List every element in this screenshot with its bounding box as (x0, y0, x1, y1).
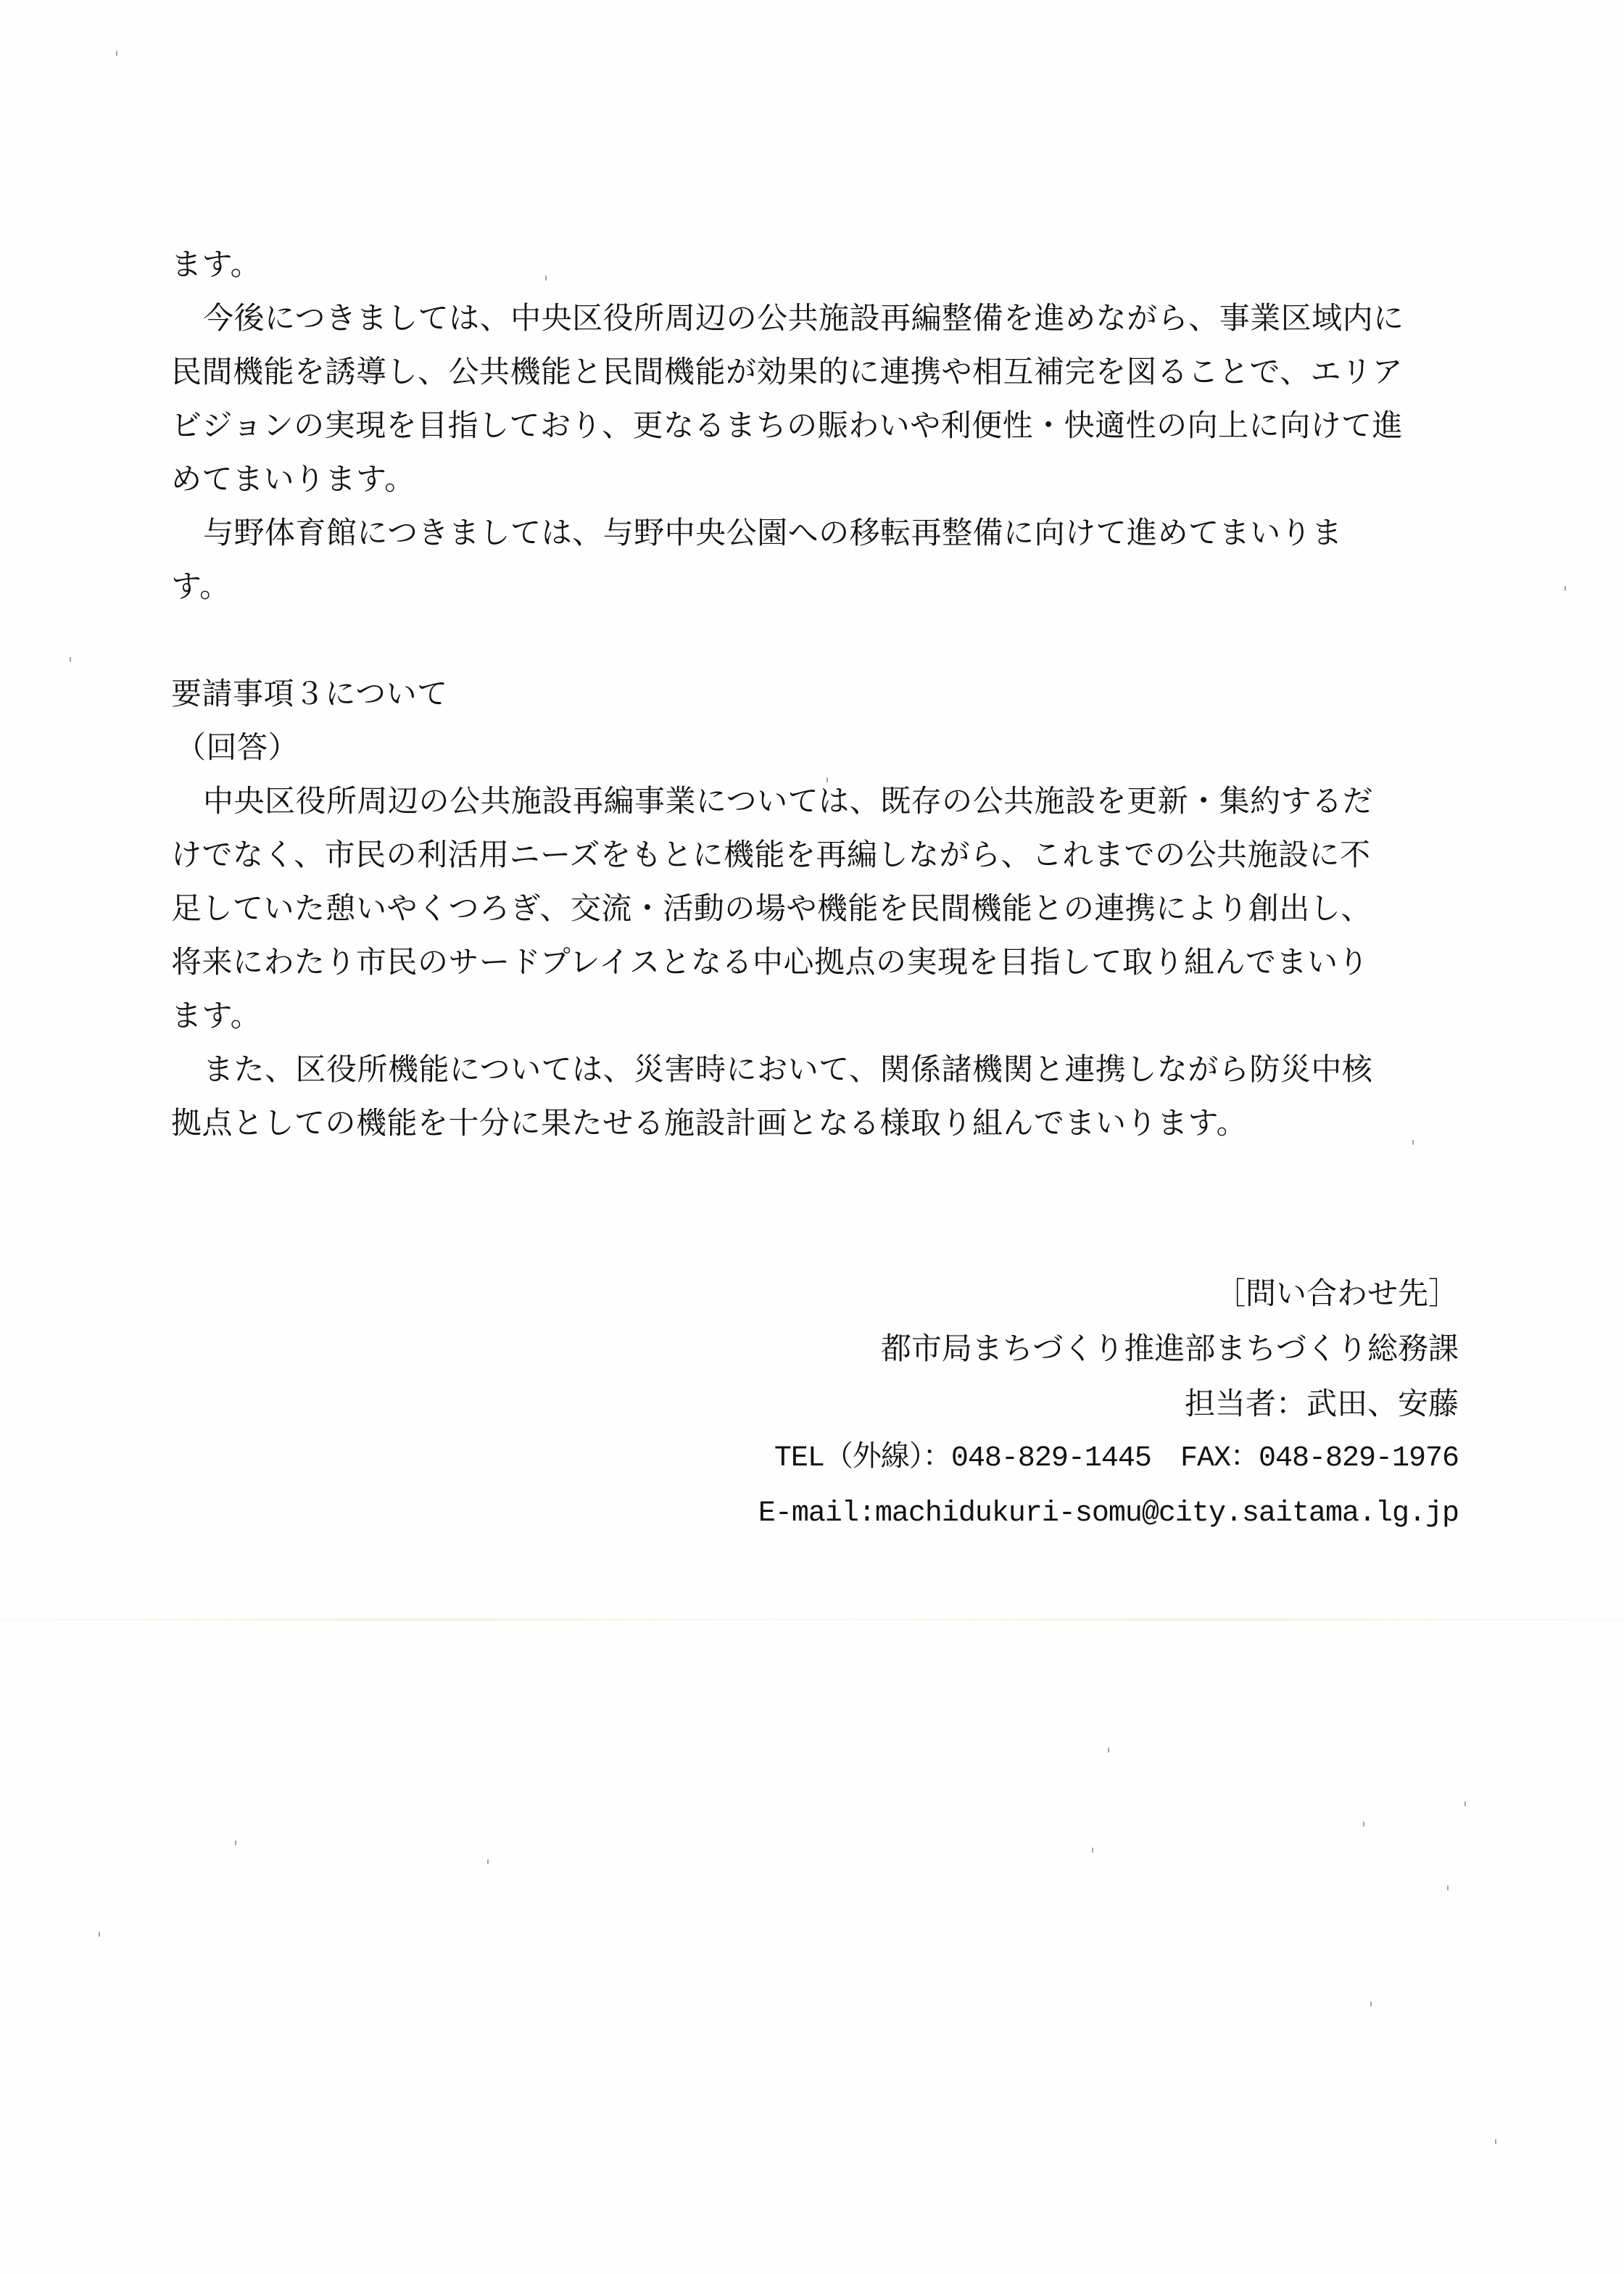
scan-speck (1092, 1848, 1093, 1853)
contact-email: E-mail:machidukuri-somu@city.saitama.lg.… (758, 1487, 1459, 1542)
scan-speck (235, 1840, 236, 1845)
paragraph-line: ます。 (171, 989, 1469, 1043)
scan-speck (99, 1932, 100, 1937)
answer-label: （回答） (171, 721, 1469, 774)
email-address: machidukuri-somu@city.saitama.lg.jp (875, 1497, 1459, 1530)
contact-block: ［問い合わせ先］ 都市局まちづくり推進部まちづくり総務課 担当者：武田、安藤 T… (758, 1266, 1459, 1542)
document-page: ます。 今後につきましては、中央区役所周辺の公共施設再編整備を進めながら、事業区… (0, 0, 1624, 2274)
contact-heading: ［問い合わせ先］ (758, 1266, 1459, 1321)
contact-phone-fax: TEL（外線）：048-829-1445FAX：048-829-1976 (758, 1431, 1459, 1487)
paragraph-line: 中央区役所周辺の公共施設再編事業については、既存の公共施設を更新・集約するだ (171, 774, 1469, 828)
scan-speck (1370, 2001, 1372, 2006)
paragraph-future-plans: 今後につきましては、中央区役所周辺の公共施設再編整備を進めながら、事業区域内に … (171, 292, 1469, 506)
tel-label: TEL（外線）： (774, 1442, 951, 1475)
contact-department: 都市局まちづくり推進部まちづくり総務課 (758, 1321, 1459, 1376)
scan-speck (1363, 1822, 1364, 1827)
contact-person: 担当者：武田、安藤 (758, 1376, 1459, 1431)
fax-label: FAX： (1180, 1442, 1259, 1475)
paragraph-line: けでなく、市民の利活用ニーズをもとに機能を再編しながら、これまでの公共施設に不 (171, 828, 1469, 882)
scan-speck (1464, 1801, 1466, 1806)
section-request-3: 要請事項３について （回答） 中央区役所周辺の公共施設再編事業については、既存の… (171, 667, 1469, 1150)
scan-speck (1565, 586, 1566, 591)
paragraph-line: また、区役所機能については、災害時において、関係諸機関と連携しながら防災中核 (171, 1043, 1469, 1096)
body-text: ます。 今後につきましては、中央区役所周辺の公共施設再編整備を進めながら、事業区… (171, 238, 1469, 1150)
paragraph-yono-gym: 与野体育館につきましては、与野中央公園への移転再整備に向けて進めてまいりま す。 (171, 506, 1469, 613)
scan-speck (70, 657, 71, 662)
paragraph-line: す。 (171, 560, 1469, 613)
paragraph-line: 足していた憩いやくつろぎ、交流・活動の場や機能を民間機能との連携により創出し、 (171, 882, 1469, 935)
answer-paragraph-1: 中央区役所周辺の公共施設再編事業については、既存の公共施設を更新・集約するだ け… (171, 774, 1469, 1043)
scan-speck (487, 1859, 489, 1864)
scan-speck (116, 51, 117, 56)
scan-speck (1495, 2139, 1496, 2144)
section-heading: 要請事項３について (171, 667, 1469, 721)
paragraph-line: 拠点としての機能を十分に果たせる施設計画となる様取り組んでまいります。 (171, 1096, 1469, 1150)
scan-fold-line (0, 1618, 1624, 1621)
paragraph-line: 与野体育館につきましては、与野中央公園への移転再整備に向けて進めてまいりま (171, 506, 1469, 560)
paragraph-continuation-line: ます。 (171, 238, 1469, 292)
paragraph-line: 民間機能を誘導し、公共機能と民間機能が効果的に連携や相互補完を図ることで、エリア (171, 345, 1469, 399)
blank-line (171, 613, 1469, 667)
email-label: E-mail: (758, 1497, 875, 1530)
answer-paragraph-2: また、区役所機能については、災害時において、関係諸機関と連携しながら防災中核 拠… (171, 1043, 1469, 1150)
fax-number: 048-829-1976 (1259, 1442, 1459, 1475)
paragraph-line: 将来にわたり市民のサードプレイスとなる中心拠点の実現を目指して取り組んでまいり (171, 935, 1469, 989)
tel-number: 048-829-1445 (951, 1442, 1151, 1475)
paragraph-line: 今後につきましては、中央区役所周辺の公共施設再編整備を進めながら、事業区域内に (171, 292, 1469, 345)
scan-speck (1108, 1748, 1109, 1753)
paragraph-line: めてまいります。 (171, 452, 1469, 506)
paragraph-line: ビジョンの実現を目指しており、更なるまちの賑わいや利便性・快適性の向上に向けて進 (171, 399, 1469, 452)
scan-speck (1447, 1885, 1449, 1890)
